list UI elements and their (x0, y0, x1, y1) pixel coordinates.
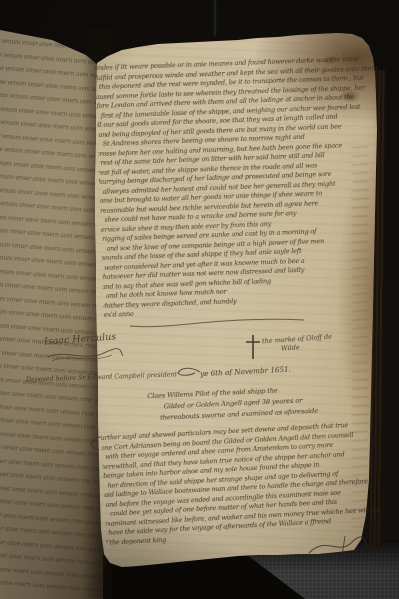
background-strap (214, 0, 216, 36)
date-flourish-icon (176, 366, 202, 378)
deposition-paragraph-2: ffurther sayd and shewed particulars may… (101, 420, 381, 552)
mark-caption-line2: Wilde (281, 343, 300, 352)
deposition-paragraph-1: mindes if itt weare possible or in anie … (95, 54, 386, 326)
notary-paraph-icon (305, 534, 369, 558)
cross-mark-icon (243, 333, 263, 361)
manuscript-photo: numw venum vmwr anve mwrn uvm venwm rvne… (0, 0, 399, 599)
paragraph-end-flourish-icon (128, 314, 308, 330)
signature-flourish-icon (46, 347, 126, 365)
